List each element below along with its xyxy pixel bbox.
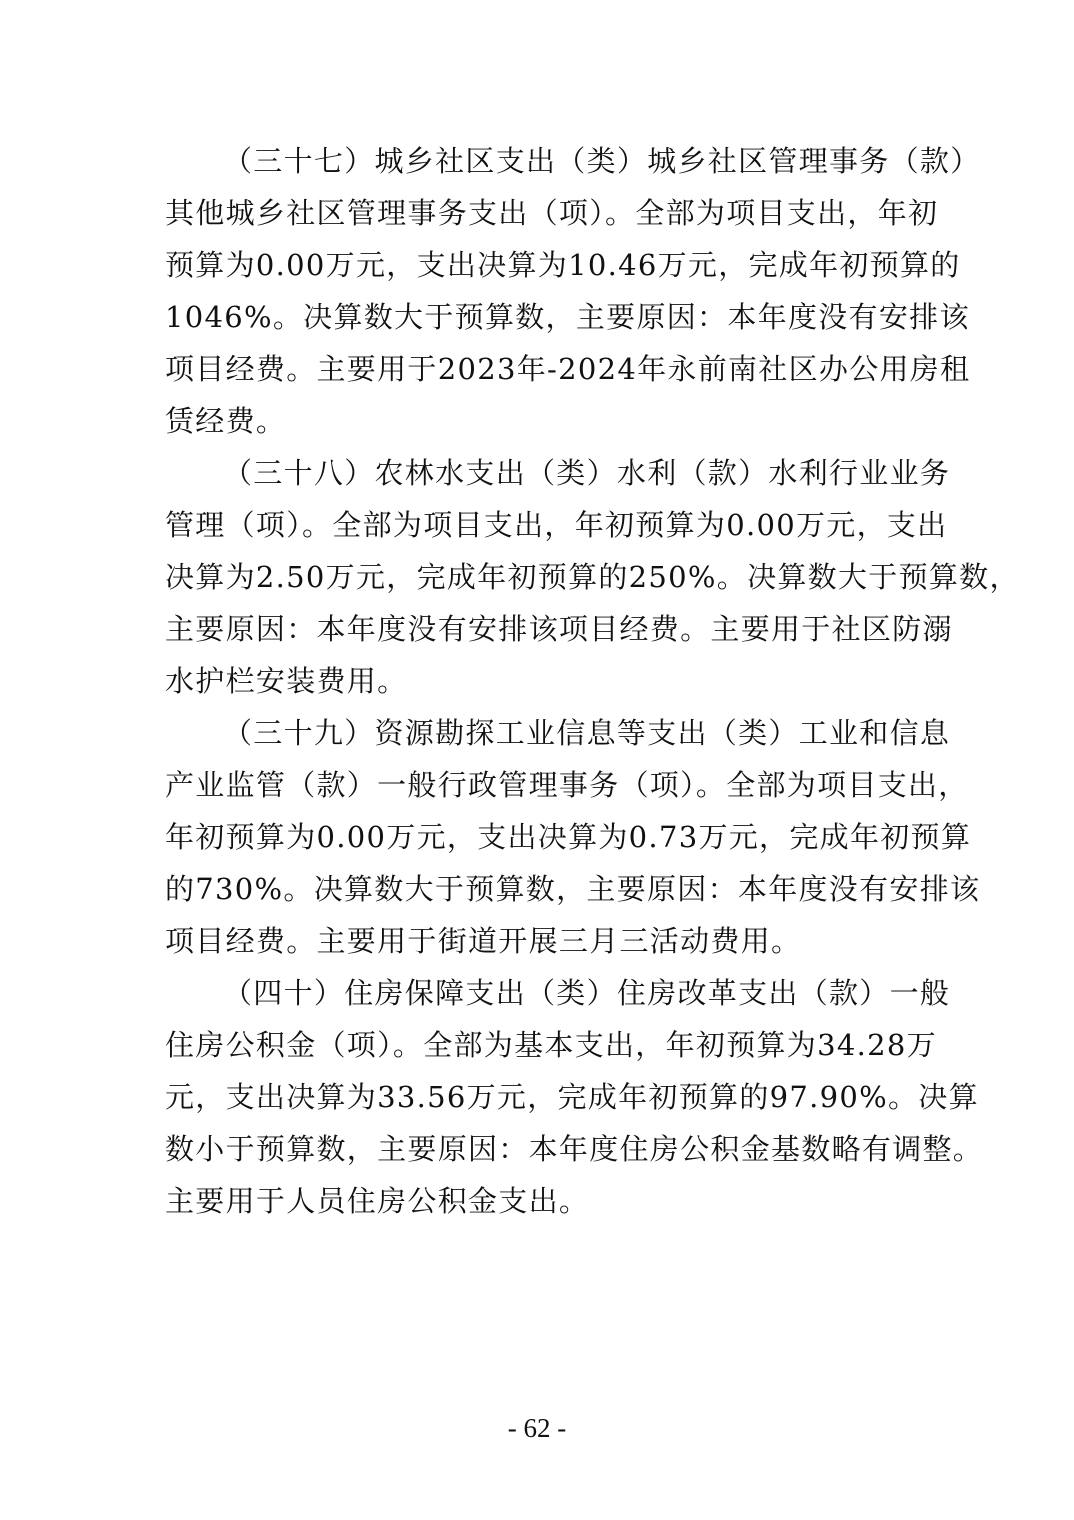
paragraph-38: （三十八）农林水支出（类）水利（款）水利行业业务 管理（项）。全部为项目支出，年…	[165, 447, 915, 707]
paragraph-37: （三十七）城乡社区支出（类）城乡社区管理事务（款） 其他城乡社区管理事务支出（项…	[165, 135, 915, 447]
paragraph-line: 年初预算为0.00万元，支出决算为0.73万元，完成年初预算	[165, 811, 915, 863]
paragraph-line: 其他城乡社区管理事务支出（项）。全部为项目支出，年初	[165, 187, 915, 239]
paragraph-line: （四十）住房保障支出（类）住房改革支出（款）一般	[165, 967, 915, 1019]
paragraph-39: （三十九）资源勘探工业信息等支出（类）工业和信息 产业监管（款）一般行政管理事务…	[165, 707, 915, 967]
paragraph-line: 赁经费。	[165, 395, 915, 447]
paragraph-line: 产业监管（款）一般行政管理事务（项）。全部为项目支出，	[165, 759, 915, 811]
paragraph-line: 住房公积金（项）。全部为基本支出，年初预算为34.28万	[165, 1019, 915, 1071]
paragraph-line: 1046%。决算数大于预算数，主要原因：本年度没有安排该	[165, 291, 915, 343]
paragraph-line: （三十九）资源勘探工业信息等支出（类）工业和信息	[165, 707, 915, 759]
paragraph-line: 预算为0.00万元，支出决算为10.46万元，完成年初预算的	[165, 239, 915, 291]
paragraph-line: 水护栏安装费用。	[165, 655, 915, 707]
paragraph-line: （三十八）农林水支出（类）水利（款）水利行业业务	[165, 447, 915, 499]
paragraph-line: 元，支出决算为33.56万元，完成年初预算的97.90%。决算	[165, 1071, 915, 1123]
paragraph-line: 决算为2.50万元，完成年初预算的250%。决算数大于预算数，	[165, 551, 915, 603]
document-body: （三十七）城乡社区支出（类）城乡社区管理事务（款） 其他城乡社区管理事务支出（项…	[165, 135, 915, 1227]
paragraph-line: （三十七）城乡社区支出（类）城乡社区管理事务（款）	[165, 135, 915, 187]
paragraph-line: 管理（项）。全部为项目支出，年初预算为0.00万元，支出	[165, 499, 915, 551]
paragraph-line: 项目经费。主要用于街道开展三月三活动费用。	[165, 915, 915, 967]
page-number: - 62 -	[0, 1410, 1074, 1446]
paragraph-line: 主要原因：本年度没有安排该项目经费。主要用于社区防溺	[165, 603, 915, 655]
paragraph-line: 主要用于人员住房公积金支出。	[165, 1175, 915, 1227]
paragraph-line: 的730%。决算数大于预算数，主要原因：本年度没有安排该	[165, 863, 915, 915]
paragraph-40: （四十）住房保障支出（类）住房改革支出（款）一般 住房公积金（项）。全部为基本支…	[165, 967, 915, 1227]
paragraph-line: 项目经费。主要用于2023年-2024年永前南社区办公用房租	[165, 343, 915, 395]
document-page: （三十七）城乡社区支出（类）城乡社区管理事务（款） 其他城乡社区管理事务支出（项…	[0, 0, 1074, 1520]
paragraph-line: 数小于预算数，主要原因：本年度住房公积金基数略有调整。	[165, 1123, 915, 1175]
